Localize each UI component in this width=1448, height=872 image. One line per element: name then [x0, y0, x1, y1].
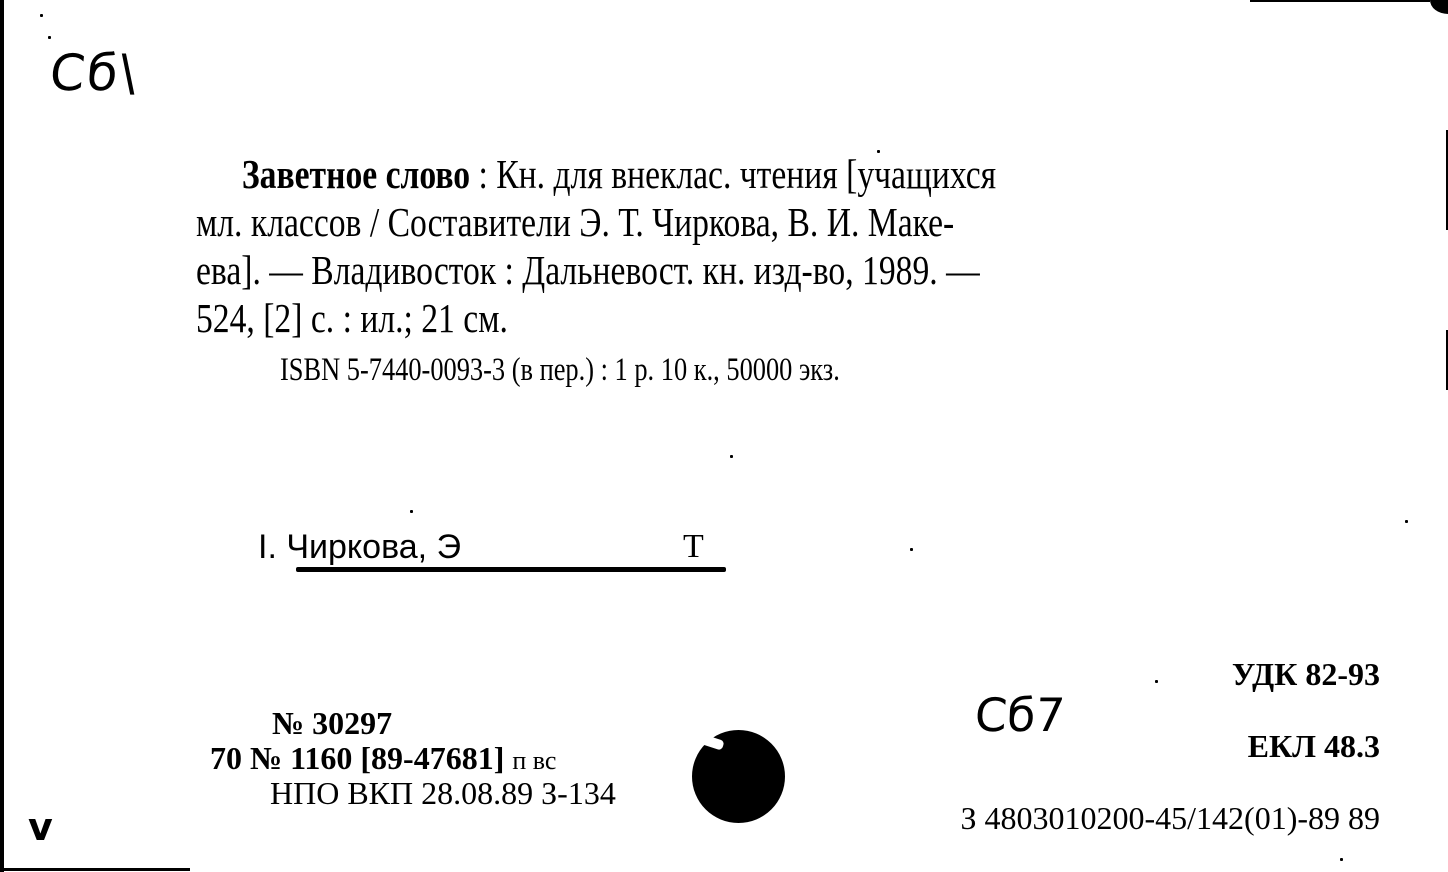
- added-entry: I. Чиркова, Э Т: [258, 528, 461, 567]
- added-entry-underline: [296, 567, 726, 572]
- scan-speck: [40, 14, 43, 17]
- imprint-line-1: № 30297: [272, 705, 392, 742]
- isbn-line: ISBN 5-7440-0093-3 (в пер.) : 1 р. 10 к.…: [280, 352, 840, 389]
- ekl-code: ЕКЛ 48.3: [1248, 728, 1380, 765]
- scan-speck: [910, 548, 913, 551]
- imprint-line-3: НПО ВКП 28.08.89 З-134: [270, 775, 616, 812]
- card-top-edge: [1250, 0, 1430, 2]
- card-corner: [1430, 0, 1448, 14]
- card-bottom-edge: [0, 868, 190, 871]
- added-entry-name: Чиркова, Э: [286, 528, 461, 566]
- scan-speck: [1155, 680, 1158, 683]
- bibliographic-description: Заветное слово : Кн. для внеклас. чтения…: [196, 150, 1160, 342]
- scan-speck: [410, 510, 413, 513]
- handwritten-shelf-mark-middle: Сб7: [973, 688, 1067, 742]
- scan-speck: [877, 150, 880, 153]
- udk-code: УДК 82-93: [1232, 656, 1380, 693]
- description-line-4: 524, [2] с. : ил.; 21 см.: [196, 294, 1160, 342]
- description-line-1: Заветное слово : Кн. для внеклас. чтения…: [196, 150, 1160, 198]
- scan-speck: [730, 455, 733, 458]
- check-mark-icon: v: [28, 805, 53, 849]
- added-entry-number: I.: [258, 528, 277, 566]
- description-line-2: мл. классов / Составители Э. Т. Чиркова,…: [196, 198, 1160, 246]
- description-line-3: ева]. — Владивосток : Дальневост. кн. из…: [196, 246, 1160, 294]
- handwritten-shelf-mark: Сб\: [47, 44, 142, 102]
- imprint-line-2: 70 № 1160 [89-47681] п вс: [210, 740, 556, 777]
- added-entry-initial: Т: [683, 528, 704, 566]
- card-left-edge: [0, 0, 4, 872]
- book-title: Заветное слово: [242, 151, 470, 197]
- scan-speck: [48, 36, 51, 39]
- scan-speck: [1340, 858, 1343, 861]
- scan-speck: [1405, 520, 1408, 523]
- catalog-card: Сб\ Сб7 v Заветное слово : Кн. для внекл…: [0, 0, 1448, 872]
- publication-code: З 4803010200-45/142(01)-89 89: [960, 800, 1380, 837]
